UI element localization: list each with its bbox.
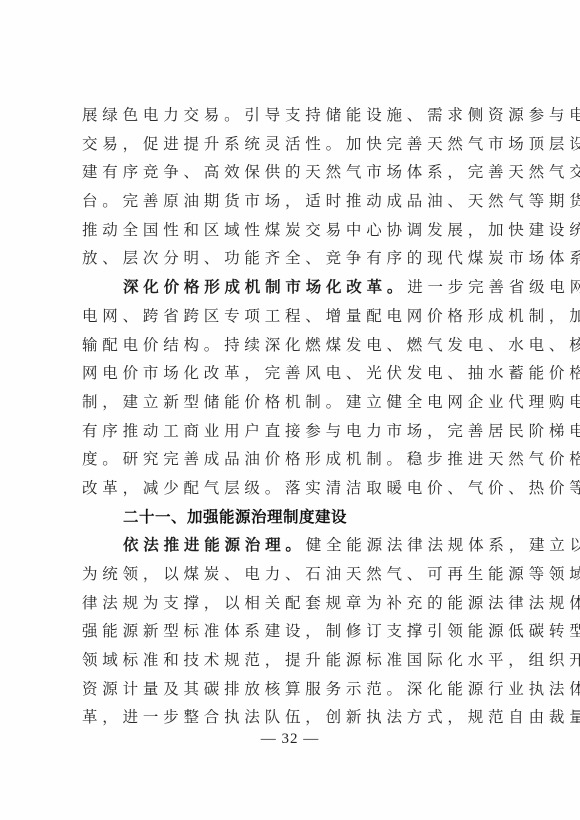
page-number: — 32 —	[0, 731, 580, 748]
text-line: 律法规为支撑，以相关配套规章为补充的能源法律法规体系。加	[82, 589, 522, 618]
text-line: 电网、跨省跨区专项工程、增量配电网价格形成机制，加快理顺	[82, 302, 522, 331]
paragraph-start-line: 深化价格形成机制市场化改革。进一步完善省级电网、区域	[82, 273, 522, 302]
text-line: 交易，促进提升系统灵活性。加快完善天然气市场顶层设计，构	[82, 130, 522, 159]
text-line: 台。完善原油期货市场，适时推动成品油、天然气等期货交易。	[82, 187, 522, 216]
text-line: 强能源新型标准体系建设，制修订支撑引领能源低碳转型的重点	[82, 617, 522, 646]
text-line: 资源计量及其碳排放核算服务示范。深化能源行业执法体制改	[82, 675, 522, 704]
text-span: 进一步完善省级电网、区域	[407, 278, 580, 296]
text-line: 改革，减少配气层级。落实清洁取暖电价、气价、热价等政策。	[82, 474, 522, 503]
text-line: 度。研究完善成品油价格形成机制。稳步推进天然气价格市场化	[82, 445, 522, 474]
text-line: 输配电价结构。持续深化燃煤发电、燃气发电、水电、核电等上	[82, 331, 522, 360]
text-line: 放、层次分明、功能齐全、竞争有序的现代煤炭市场体系。	[82, 244, 522, 273]
text-line: 领域标准和技术规范，提升能源标准国际化水平，组织开展能源	[82, 646, 522, 675]
text-line: 推动全国性和区域性煤炭交易中心协调发展，加快建设统一开	[82, 216, 522, 245]
paragraph-lead-phrase: 深化价格形成机制市场化改革。	[123, 277, 407, 296]
paragraph-start-line: 依法推进能源治理。健全能源法律法规体系，建立以能源法	[82, 531, 522, 560]
text-line: 有序推动工商业用户直接参与电力市场，完善居民阶梯电价制	[82, 417, 522, 446]
text-line: 制，建立新型储能价格机制。建立健全电网企业代理购电机制，	[82, 388, 522, 417]
text-line: 展绿色电力交易。引导支持储能设施、需求侧资源参与电力市场	[82, 101, 522, 130]
body-text: 展绿色电力交易。引导支持储能设施、需求侧资源参与电力市场 交易，促进提升系统灵活…	[82, 101, 522, 732]
paragraph-lead-phrase: 依法推进能源治理。	[123, 535, 306, 554]
text-line: 网电价市场化改革，完善风电、光伏发电、抽水蓄能价格形成机	[82, 359, 522, 388]
text-line: 革，进一步整合执法队伍，创新执法方式，规范自由裁量权，提	[82, 703, 522, 732]
section-heading: 二十一、加强能源治理制度建设	[82, 503, 522, 532]
text-line: 为统领，以煤炭、电力、石油天然气、可再生能源等领域单项法	[82, 560, 522, 589]
text-span: 健全能源法律法规体系，建立以能源法	[306, 536, 580, 554]
document-page: 展绿色电力交易。引导支持储能设施、需求侧资源参与电力市场 交易，促进提升系统灵活…	[0, 0, 580, 820]
text-line: 建有序竞争、高效保供的天然气市场体系，完善天然气交易平	[82, 158, 522, 187]
